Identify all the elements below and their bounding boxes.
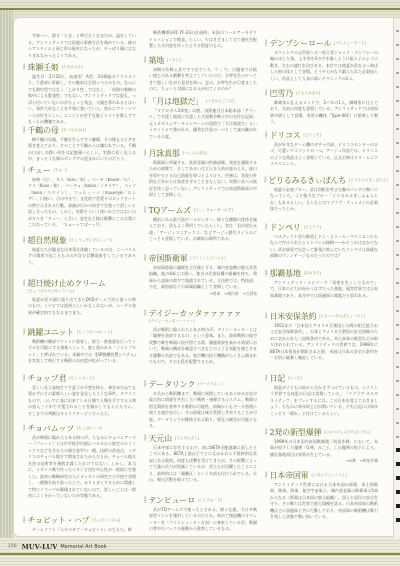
entry-heading: 用語 跳躍ユニット [ちょうやくゆにっと] xyxy=(22,327,138,337)
entry-reading: [たませみき] xyxy=(62,65,83,70)
glossary-entry: 用語 日米安保条約 [にちべいあんぽじょうやく] 1951年に「日本国とアメリカ… xyxy=(264,311,380,362)
glossary-tag-icon: 用語 xyxy=(264,375,268,381)
entry-reading: [ともえゆきの] xyxy=(296,91,320,96)
entry-title: 珠瀬壬姫 xyxy=(28,62,59,73)
entry-heading: 用語 チョビット・ハブ [ちょびっとはぶ] xyxy=(22,515,138,525)
glossary-entry: 用語 ドリコス [どりこす] 武が好きなゲーム機のガチャ内部、ドリコスセンターの… xyxy=(264,130,380,168)
glossary-tag-icon: 用語 xyxy=(143,381,147,387)
entry-title: データリンク xyxy=(149,379,196,390)
entry-title: 千鶴の母 xyxy=(28,125,59,136)
glossary-tag-icon: 用語 xyxy=(264,270,268,276)
entry-body: 1951年に「日本国とアメリカ合衆国との間の相互協力および安全保障条約」。日本と… xyxy=(270,323,378,362)
entry-body: 戦術機XFJ-01 YF-23の計画時、米国のコールアーキテクトミッションで開発… xyxy=(149,30,257,50)
entry-body: 御剣家に仕えるメイドで、3バカの1人。御剣家に仕えており、名前に何度も登場してい… xyxy=(270,100,378,126)
glossary-entry: 用語 「月は地獄だ」 [つきはじごくだ] 『タクロボス3事変』以後、国際連合日本… xyxy=(143,96,259,140)
entry-body: アンリミテッド世界における日本帝国の軍隊。本土防衛軍、陸軍、海軍、航空宇宙軍と、… xyxy=(270,482,378,521)
page-footer: 256 MUV-LUV Memorial Art Book xyxy=(6,542,107,551)
entry-reading: [ちょうやくゆにっと] xyxy=(77,330,112,335)
index-tab-marks xyxy=(396,18,399,438)
entry-body: 接吻（日）、キス（kiss／英）、ベーゼ（baiser／仏）、クス（Kuss／独… xyxy=(28,177,136,229)
entry-reading: [なはきち] xyxy=(304,271,321,276)
glossary-tag-icon: 用語 xyxy=(143,57,147,63)
column-3: 用語 デンプシーロール [でんぷしーろーる] ボクシングの元世界ヘビー級王者ジャ… xyxy=(264,18,380,558)
entry-body: 純夏の必殺ブロー。武は回転を呼ぶ左腕のパンチの勢いになっていた。より強力なブロー… xyxy=(270,187,378,213)
entry-reading: [ていこくしえいぐん] xyxy=(191,256,226,261)
glossary-tag-icon: 用語 xyxy=(22,375,26,381)
glossary-entry: 用語 月詠真那 [つくよみまな] 斯衛軍に所属する、冥夜専属の特務部隊。冥夜を護… xyxy=(143,148,259,199)
entry-heading: 用語 月詠真那 [つくよみまな] xyxy=(143,148,259,158)
glossary-tag-icon: 用語 xyxy=(143,310,147,316)
see-also-references: →G弾 →明星作戦 xyxy=(270,458,378,464)
entry-body: 横浜にある最大級ゲームセンター。様々な種類の筐体を揃えており、武もよく利用してい… xyxy=(149,217,257,243)
glossary-entry: 用語 超日焼け止めクリーム [ちょうひやけどめくりーむ] 純夏が武の頭に塗り出て… xyxy=(22,278,138,316)
entry-reading: [どりるみるきぃぱんち] xyxy=(349,178,388,183)
glossary-entry: 用語 どりるみるきぃぱんち [どりるみるきぃぱんち] 純夏の必殺ブロー。武は回転… xyxy=(264,175,380,213)
entry-reading: [にっき] xyxy=(288,376,302,381)
entry-reading: [どんぺり] xyxy=(304,225,321,230)
entry-body: 帝国軍陸軍の護衛を主任務とする、城内省直轄の独立武装組織。他の4軍とは違い、独自… xyxy=(149,265,257,291)
entry-title: チョビット・ハブ xyxy=(28,515,90,526)
entry-title: 巴雪乃 xyxy=(270,88,293,99)
glossary-page: 寺神〜い、紹介「たま」と呼び合うなまだが、温存している。アンリミテッドでは国連の… xyxy=(13,17,394,537)
entry-heading: 用語 2発の新型爆弾 [にはつのしんがたばくだん] xyxy=(264,427,380,437)
entry-body: 武が戦術に陥られたとある時の声。デイジーカッターとは「爆弾を効果するもの」という… xyxy=(149,327,257,366)
glossary-tag-icon: 用語 xyxy=(22,64,26,70)
glossary-entry: 用語 築地 [つきじ] 初期の作戦と武ですで出ていた「？」で、白銀家では暗い感じ… xyxy=(143,55,259,93)
entry-title: 築地 xyxy=(149,55,165,66)
entry-body: 純夏が武の頭に塗り出てきたDVDゲームで次に塗った時のもの。ミヤビマは説明らしい… xyxy=(28,297,136,317)
entry-heading: 用語 どりるみるきぃぱんち [どりるみるきぃぱんち] xyxy=(264,175,380,185)
entry-heading: 用語 日米安保条約 [にちべいあんぽじょうやく] xyxy=(264,311,380,321)
entry-reading: [ちょうひやけどめくりーむ] xyxy=(28,288,138,295)
entry-body: 日本中部に存在する山で、南にBETA支配地域に面したところにある。BETA上陸以… xyxy=(149,445,257,484)
entry-title: デイジーカッタァァァァァ xyxy=(149,308,242,319)
entry-body: 純夏が子どもの頃から欠かさずつけているもの。エクストラ世界でも純夏の日記は登場し… xyxy=(270,385,378,418)
entry-reading: [でーたりんく] xyxy=(198,382,222,387)
entry-title: チュー xyxy=(28,165,51,176)
entry-body: 誕生日：2月20日、血液型：A型。3年B組のクラスメイト。弓道部に所属し、その腕… xyxy=(28,74,136,126)
glossary-entry: 用語 TQアームズ [てぃーきゅーあーむず] 横浜にある最大級ゲームセンター。様… xyxy=(143,205,259,243)
entry-heading: 用語 築地 [つきじ] xyxy=(143,55,259,65)
glossary-entry: 用語 デイジーカッタァァァァァ [デイジーカッタァァァァァ] 武が戦術に陥られた… xyxy=(143,308,259,366)
brand-logo: MUV-LUV xyxy=(22,543,58,551)
glossary-tag-icon: 用語 xyxy=(143,150,147,156)
glossary-tag-icon: 用語 xyxy=(143,255,147,261)
entry-body: 寺神〜い、紹介「たま」と呼び合うなまだが、温存している。アンリミテッドでは国連の… xyxy=(28,33,136,59)
glossary-entry: 用語 チョバムッツ [ちょばむっつ] 武が戦場に陥れたとある時の声。ちなみにチョ… xyxy=(22,423,138,500)
entry-title: 帝国斯衛軍 xyxy=(149,253,188,264)
page-number: 256 xyxy=(6,543,19,550)
entry-heading: 用語 日本帝国軍 [にほんていこくぐん] xyxy=(264,470,380,480)
glossary-tag-icon: 用語 xyxy=(143,497,147,503)
glossary-entry: 用語 天元山 [てんげんざん] 日本中部に存在する山で、南にBETA支配地域に面… xyxy=(143,433,259,484)
entry-reading: [ちょびっとはぶ] xyxy=(92,518,120,523)
entry-title: TQアームズ xyxy=(149,205,191,216)
entry-body: 歩兵から戦術機まで、戦場に展開しているあらゆる存在が総合的に情報を共有し合う戦術… xyxy=(149,391,257,430)
entry-body: 美しい女子高校生で千夏子が予想を持ち、神をゆだねても貫かずにその素晴らしい姿を発… xyxy=(28,385,136,418)
entry-heading: 用語 千鶴の母 [ちづるのはは] xyxy=(22,125,138,135)
entry-body: 武がTQアームズで使ったとされる、様々な銃。今はサ戦車型マシンを運用しているのだ… xyxy=(149,507,257,533)
glossary-entry: 用語 那覇基地 [なはきち] アンリミテッド・エピソード「冥夜を失くしたもので」… xyxy=(264,268,380,299)
entry-heading: 用語 TQアームズ [てぃーきゅーあーむず] xyxy=(143,205,259,215)
entry-title: 日米安保条約 xyxy=(270,311,317,322)
entry-body: 榊千鶴の母親。千鶴を生んですぐ離婚、その後も父と共を貫き覚えており、そのことで千… xyxy=(28,137,136,163)
glossary-entry: 用語 デンプシーロール [でんぷしーろーる] ボクシングの元世界ヘビー級王者ジャ… xyxy=(264,38,380,82)
entry-heading: 用語 天元山 [てんげんざん] xyxy=(143,433,259,443)
entry-reading: [にはつのしんがたばくだん] xyxy=(324,430,370,435)
glossary-tag-icon: 用語 xyxy=(22,280,26,286)
entry-body: ゲームソフト『ユキのザブ・チョビット』の主人公。時 xyxy=(28,527,136,534)
glossary-entry: 用語 ドンペリ [どんぺり] ベネディクト会の修道士ドン・ピエール・ペリニヨンに… xyxy=(264,222,380,260)
glossary-entry: 用語 データリンク [でーたりんく] 歩兵から戦術機まで、戦場に展開しているあら… xyxy=(143,379,259,430)
page-edge-stripes-left xyxy=(0,10,13,555)
entry-title: 日記 xyxy=(270,373,286,384)
glossary-tag-icon: 用語 xyxy=(143,98,147,104)
entry-reading: [てぃーきゅーあーむず] xyxy=(194,208,233,213)
entry-body: 武が好きなゲーム機のガチャ内部、ドリコスセンターのロゴ、可愛いマスコットの一つ。… xyxy=(270,142,378,168)
entry-title: チョップ君 xyxy=(28,373,67,384)
entry-reading: [つきはじごくだ] xyxy=(206,99,234,104)
entry-heading: 用語 珠瀬壬姫 [たませみき] xyxy=(22,62,138,72)
entry-body: 武が戦場に陥れたとある時の声。ちなみにチョバムアーマー（プレート）とは中学校学内… xyxy=(28,435,136,500)
entry-body: 純夏たちが臨見な出来事を体験しているのは、ニーバリエアの関係で起こるものの内含む… xyxy=(28,247,136,267)
glossary-tag-icon: 用語 xyxy=(22,237,26,243)
entry-reading: [ちょっぷくん] xyxy=(69,376,93,381)
glossary-tag-icon: 用語 xyxy=(264,90,268,96)
entry-reading: [ちょばむっつ] xyxy=(77,426,101,431)
glossary-tag-icon: 用語 xyxy=(264,313,268,319)
entry-title: チョバムッツ xyxy=(28,423,74,434)
entry-heading: 用語 チョバムッツ [ちょばむっつ] xyxy=(22,423,138,433)
glossary-tag-icon: 用語 xyxy=(264,472,268,478)
glossary-tag-icon: 用語 xyxy=(143,435,147,441)
glossary-entry: 用語 珠瀬壬姫 [たませみき] 誕生日：2月20日、血液型：A型。3年B組のクラ… xyxy=(22,62,138,126)
entry-reading: [でんぷしーろーる] xyxy=(334,41,366,46)
entry-body: 初期の作戦と武ですで出ていた「？」で、白銀家では暗い感じのある衝撃を考えてしてい… xyxy=(149,67,257,93)
entry-heading: 用語 「月は地獄だ」 [つきはじごくだ] xyxy=(143,96,259,106)
glossary-entry: 用語 チュー [ちゅー] 接吻（日）、キス（kiss／英）、ベーゼ（baiser… xyxy=(22,165,138,229)
glossary-tag-icon: 用語 xyxy=(22,167,26,173)
glossary-tag-icon: 用語 xyxy=(264,177,267,183)
entry-title: テンピューロ xyxy=(149,495,195,506)
glossary-entry: 用語 2発の新型爆弾 [にはつのしんがたばくだん] 1999年の日本国内帝国戦勝… xyxy=(264,427,380,464)
entry-body: ベネディクト会の修道士ドン・ピエール・ペリニヨンにちなんで付けられたシャンパンの… xyxy=(270,234,378,260)
entry-reading: [にほんていこくぐん] xyxy=(312,473,347,478)
column-1: 寺神〜い、紹介「たま」と呼び合うなまだが、温存している。アンリミテッドでは国連の… xyxy=(22,18,138,558)
entry-reading: [ちょうしぜんげんしょう] xyxy=(70,238,112,243)
entry-reading: [つきじ] xyxy=(167,58,181,63)
entry-body: 1999年の日本国内帝国戦勝後「明星作戦」において、米軍が投下した爆弾「G弾」の… xyxy=(270,439,378,459)
entry-reading: [てんぴゅーろ] xyxy=(198,498,222,503)
entry-heading: 用語 テンピューロ [てんぴゅーろ] xyxy=(143,495,259,505)
glossary-tag-icon: 用語 xyxy=(264,132,268,138)
entry-title: 跳躍ユニット xyxy=(28,327,74,338)
glossary-tag-icon: 用語 xyxy=(264,224,268,230)
glossary-tag-icon: 用語 xyxy=(143,207,147,213)
entry-reading: [ちづるのはは] xyxy=(62,128,86,133)
entry-body: 戦術機の腰部マウントに装着し、推力・推進器を行ってノズルを可能にする推進ユニット… xyxy=(28,339,136,365)
entry-heading: 用語 デンプシーロール [でんぷしーろーる] xyxy=(264,38,380,48)
entry-title: ドンペリ xyxy=(270,222,301,233)
see-also-references: →将軍 →城内省 →五摂家 xyxy=(149,291,257,297)
glossary-entry: 用語 チョビット・ハブ [ちょびっとはぶ] ゲームソフト『ユキのザブ・チョビット… xyxy=(22,515,138,533)
glossary-entry: 用語 帝国斯衛軍 [ていこくしえいぐん] 帝国軍陸軍の護衛を主任務とする、城内省… xyxy=(143,253,259,297)
entry-reading: [にちべいあんぽじょうやく] xyxy=(319,314,365,319)
entry-heading: 用語 日記 [にっき] xyxy=(264,373,380,383)
glossary-tag-icon: 用語 xyxy=(22,517,26,523)
entry-body: 斯衛軍に所属する、冥夜専属の特務部隊。冥夜を護衛するための部隊で、そしてあるいは… xyxy=(149,160,257,199)
continued-text: 戦術機XFJ-01 YF-23の計画時、米国のコールアーキテクトミッションで開発… xyxy=(143,30,257,50)
entry-heading: 用語 巴雪乃 [ともえゆきの] xyxy=(264,88,380,98)
entry-body: ボクシングの元世界ヘビー級王者ジャック・デンプシーの編み出した技。上半身をUの字… xyxy=(270,50,378,83)
glossary-tag-icon: 用語 xyxy=(264,429,268,435)
glossary-tag-icon: 用語 xyxy=(22,329,26,335)
entry-body: 『タクロボス3事変』以後、国際連合日本総本部「アラート」で支援し地球に生還した月… xyxy=(149,108,257,141)
entry-title: 天元山 xyxy=(149,433,172,444)
entry-body: アンリミテッド・エピソード「冥夜を失くしたもので」で、日本の主力が向かうはずだっ… xyxy=(270,280,378,300)
entry-heading: 用語 ドリコス [どりこす] xyxy=(264,130,380,140)
glossary-tag-icon: 用語 xyxy=(264,40,268,46)
continued-text: 寺神〜い、紹介「たま」と呼び合うなまだが、温存している。アンリミテッドでは国連の… xyxy=(22,33,136,59)
glossary-entry: 用語 巴雪乃 [ともえゆきの] 御剣家に仕えるメイドで、3バカの1人。御剣家に仕… xyxy=(264,88,380,126)
entry-title: デンプシーロール xyxy=(270,38,332,49)
entry-reading: [どりこす] xyxy=(304,133,321,138)
entry-title: 月詠真那 xyxy=(149,148,180,159)
entry-reading: [デイジーカッタァァァァァ] xyxy=(149,318,259,325)
entry-title: 超日焼け止めクリーム xyxy=(28,278,106,289)
entry-heading: 用語 超自然現象 [ちょうしぜんげんしょう] xyxy=(22,235,138,245)
entry-heading: 用語 チュー [ちゅー] xyxy=(22,165,138,175)
glossary-tag-icon: 用語 xyxy=(22,127,26,133)
entry-heading: 用語 超日焼け止めクリーム [ちょうひやけどめくりーむ] xyxy=(22,278,138,295)
entry-heading: 用語 帝国斯衛軍 [ていこくしえいぐん] xyxy=(143,253,259,263)
entry-heading: 用語 デイジーカッタァァァァァ [デイジーカッタァァァァァ] xyxy=(143,308,259,325)
column-2: 戦術機XFJ-01 YF-23の計画時、米国のコールアーキテクトミッションで開発… xyxy=(143,18,259,558)
entry-heading: 用語 那覇基地 [なはきち] xyxy=(264,268,380,278)
entry-title: 2発の新型爆弾 xyxy=(270,427,322,438)
entry-title: 超自然現象 xyxy=(28,235,67,246)
entry-reading: [てんげんざん] xyxy=(175,436,199,441)
glossary-entry: 用語 テンピューロ [てんぴゅーろ] 武がTQアームズで使ったとされる、様々な銃… xyxy=(143,495,259,533)
entry-heading: 用語 ドンペリ [どんぺり] xyxy=(264,222,380,232)
book-title: Memorial Art Book xyxy=(60,544,106,550)
entry-heading: 用語 チョップ君 [ちょっぷくん] xyxy=(22,373,138,383)
glossary-entry: 用語 超自然現象 [ちょうしぜんげんしょう] 純夏たちが臨見な出来事を体験してい… xyxy=(22,235,138,266)
entry-title: 那覇基地 xyxy=(270,268,301,279)
glossary-entry: 用語 千鶴の母 [ちづるのはは] 榊千鶴の母親。千鶴を生んですぐ離婚、その後も父… xyxy=(22,125,138,163)
glossary-entry: 用語 日本帝国軍 [にほんていこくぐん] アンリミテッド世界における日本帝国の軍… xyxy=(264,470,380,521)
entry-title: 「月は地獄だ」 xyxy=(149,96,204,107)
entry-title: ドリコス xyxy=(270,130,301,141)
entry-title: どりるみるきぃぱんち xyxy=(268,175,346,186)
entry-title: 日本帝国軍 xyxy=(270,470,309,481)
top-accent-line xyxy=(0,8,400,10)
entry-heading: 用語 データリンク [でーたりんく] xyxy=(143,379,259,389)
index-tab-marks-current xyxy=(396,438,400,528)
entry-reading: [つくよみまな] xyxy=(183,151,207,156)
entry-reading: [ちゅー] xyxy=(54,168,68,173)
glossary-entry: 用語 チョップ君 [ちょっぷくん] 美しい女子高校生で千夏子が予想を持ち、神をゆ… xyxy=(22,373,138,417)
glossary-entry: 用語 日記 [にっき] 純夏が子どもの頃から欠かさずつけているもの。エクストラ世… xyxy=(264,373,380,417)
glossary-tag-icon: 用語 xyxy=(22,425,26,431)
glossary-entry: 用語 跳躍ユニット [ちょうやくゆにっと] 戦術機の腰部マウントに装着し、推力・… xyxy=(22,327,138,365)
